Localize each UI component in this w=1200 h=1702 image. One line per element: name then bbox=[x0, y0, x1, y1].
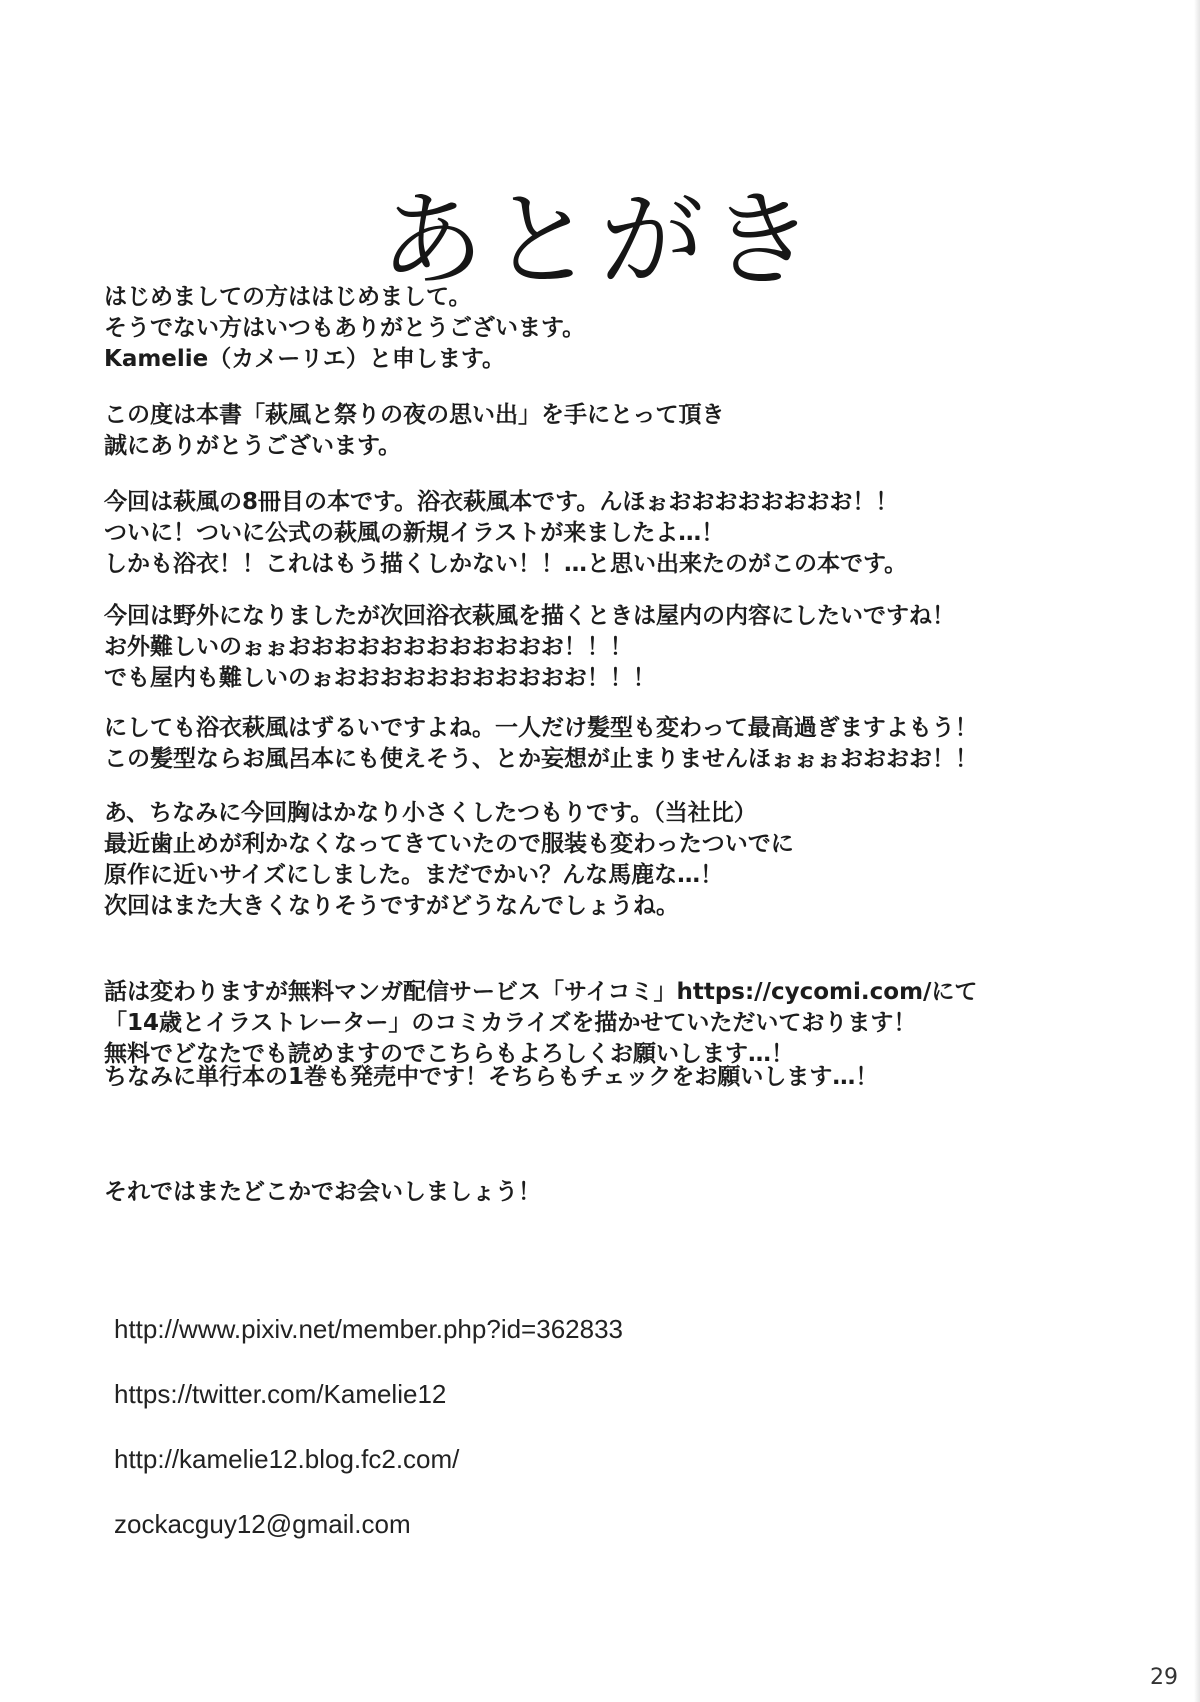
text-line: お外難しいのぉぉおおおおおおおおおおおお！！！ bbox=[104, 632, 1114, 663]
paragraph-thanks: この度は本書「萩風と祭りの夜の思い出」を手にとって頂き 誠にありがとうございます… bbox=[104, 400, 1114, 462]
text-line: あ、ちなみに今回胸はかなり小さくしたつもりです。（当社比） bbox=[104, 798, 1114, 829]
text-line: そうでない方はいつもありがとうございます。 bbox=[104, 313, 1114, 344]
text-line: にしても浴衣萩風はずるいですよね。一人だけ髪型も変わって最高過ぎますよもう！ bbox=[104, 713, 1114, 744]
text-line: 誠にありがとうございます。 bbox=[104, 431, 1114, 462]
text-line: 次回はまた大きくなりそうですがどうなんでしょうね。 bbox=[104, 891, 1114, 922]
text-line: この度は本書「萩風と祭りの夜の思い出」を手にとって頂き bbox=[104, 400, 1114, 431]
paragraph-setting: 今回は野外になりましたが次回浴衣萩風を描くときは屋内の内容にしたいですね！ お外… bbox=[104, 601, 1114, 694]
text-line: 話は変わりますが無料マンガ配信サービス「サイコミ」https://cycomi.… bbox=[104, 977, 1114, 1008]
page-number: 29 bbox=[1150, 1665, 1178, 1690]
page-title: あとがき bbox=[0, 188, 1200, 292]
text-line: 「14歳とイラストレーター」のコミカライズを描かせていただいております！ bbox=[104, 1008, 1114, 1039]
text-line: それではまたどこかでお会いしましょう！ bbox=[104, 1177, 1114, 1208]
text-line: でも屋内も難しいのぉおおおおおおおおおおお！！！ bbox=[104, 663, 1114, 694]
text-line: 原作に近いサイズにしました。まだでかい？んな馬鹿な…！ bbox=[104, 860, 1114, 891]
twitter-link: https://twitter.com/Kamelie12 bbox=[114, 1379, 446, 1410]
text-line: Kamelie（カメーリエ）と申します。 bbox=[104, 344, 1114, 375]
text-line: 今回は萩風の8冊目の本です。浴衣萩風本です。んほぉおおおおおおおお！！ bbox=[104, 487, 1114, 518]
paragraph-book-intro: 今回は萩風の8冊目の本です。浴衣萩風本です。んほぉおおおおおおおお！！ ついに！… bbox=[104, 487, 1114, 580]
pixiv-link: http://www.pixiv.net/member.php?id=36283… bbox=[114, 1314, 623, 1345]
text-line: 今回は野外になりましたが次回浴衣萩風を描くときは屋内の内容にしたいですね！ bbox=[104, 601, 1114, 632]
text-line: しかも浴衣！！これはもう描くしかない！！…と思い出来たのがこの本です。 bbox=[104, 549, 1114, 580]
paragraph-greeting: はじめましての方ははじめまして。 そうでない方はいつもありがとうございます。 K… bbox=[104, 282, 1114, 375]
paragraph-volume-promo: ちなみに単行本の1巻も発売中です！そちらもチェックをお願いします…！ bbox=[104, 1062, 1114, 1093]
paragraph-design-note: あ、ちなみに今回胸はかなり小さくしたつもりです。（当社比） 最近歯止めが利かなく… bbox=[104, 798, 1114, 922]
text-line: ちなみに単行本の1巻も発売中です！そちらもチェックをお願いします…！ bbox=[104, 1062, 1114, 1093]
paragraph-comic-promo: 話は変わりますが無料マンガ配信サービス「サイコミ」https://cycomi.… bbox=[104, 977, 1114, 1070]
text-line: この髪型ならお風呂本にも使えそう、とか妄想が止まりませんほぉぉぉおおおお！！ bbox=[104, 744, 1114, 775]
text-line: ついに！ついに公式の萩風の新規イラストが来ましたよ…！ bbox=[104, 518, 1114, 549]
text-line: 最近歯止めが利かなくなってきていたので服装も変わったついでに bbox=[104, 829, 1114, 860]
text-line: はじめましての方ははじめまして。 bbox=[104, 282, 1114, 313]
paragraph-farewell: それではまたどこかでお会いしましょう！ bbox=[104, 1177, 1114, 1208]
paragraph-hairstyle: にしても浴衣萩風はずるいですよね。一人だけ髪型も変わって最高過ぎますよもう！ こ… bbox=[104, 713, 1114, 775]
blog-link: http://kamelie12.blog.fc2.com/ bbox=[114, 1444, 459, 1475]
email-address: zockacguy12@gmail.com bbox=[114, 1509, 411, 1540]
